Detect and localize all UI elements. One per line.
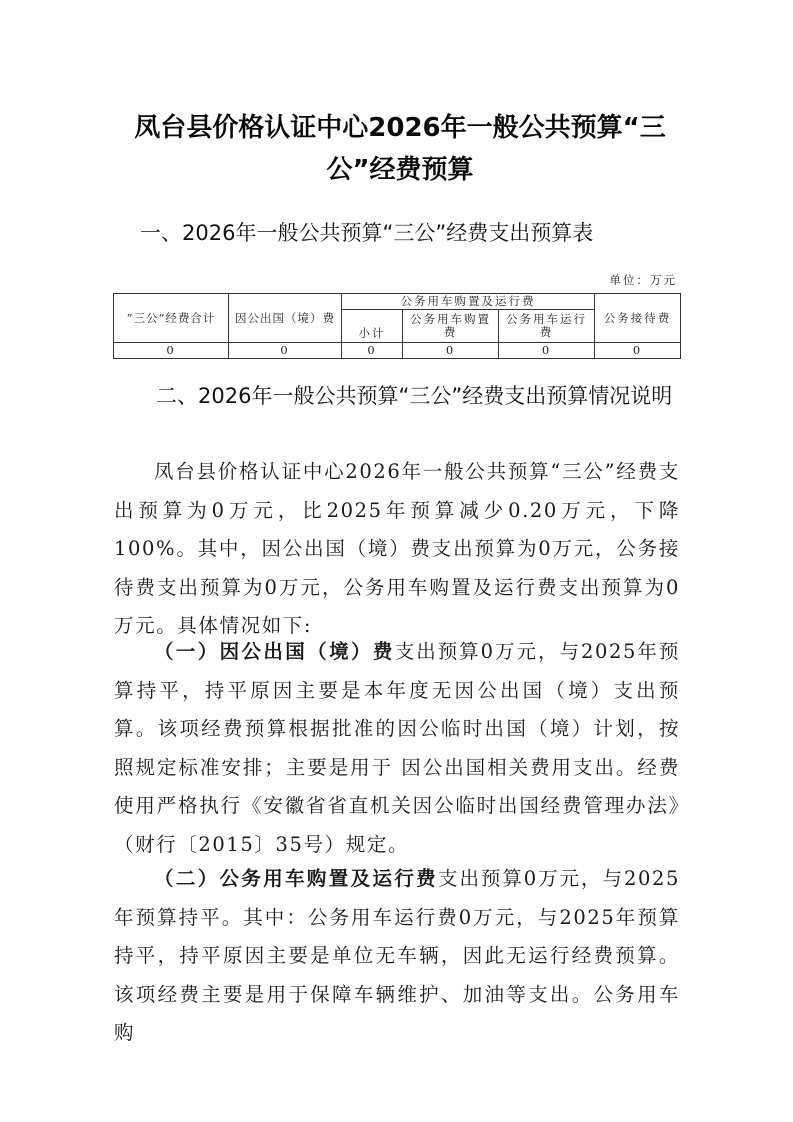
cell-vehicle-subtotal: 0 [342,343,403,359]
cell-abroad: 0 [229,343,342,359]
section1-heading: 一、2026年一般公共预算“三公”经费支出预算表 [140,218,700,248]
header-vehicle-purchase: 公务用车购置费 [403,310,499,343]
table-row: 0 0 0 0 0 0 [114,343,681,359]
paragraph-overview: 凤台县价格认证中心2026年一般公共预算“三公”经费支出预算为0万元，比2025… [114,453,680,646]
cell-reception: 0 [595,343,681,359]
header-vehicle-operation: 公务用车运行费 [499,310,595,343]
header-vehicle-subtotal: 小计 [342,310,403,343]
header-vehicle-group: 公务用车购置及运行费 [342,294,595,310]
cell-vehicle-operation: 0 [499,343,595,359]
header-reception: 公务接待费 [595,294,681,343]
paragraph-item1: （一）因公出国（境）费支出预算0万元，与2025年预算持平，持平原因主要是本年度… [114,633,680,864]
three-public-budget-table: ”三公“经费合计 因公出国（境）费 公务用车购置及运行费 公务接待费 小计 公务… [113,293,681,359]
item2-text: 支出预算0万元，与2025年预算持平。其中：公务用车运行费0万元，与2025年预… [114,867,680,1044]
header-abroad: 因公出国（境）费 [229,294,342,343]
paragraph-item2: （二）公务用车购置及运行费支出预算0万元，与2025年预算持平。其中：公务用车运… [114,860,680,1053]
table-header-row-1: ”三公“经费合计 因公出国（境）费 公务用车购置及运行费 公务接待费 [114,294,681,310]
item2-label: （二）公务用车购置及运行费 [154,867,438,890]
cell-vehicle-purchase: 0 [403,343,499,359]
document-title: 凤台县价格认证中心2026年一般公共预算“三公”经费预算 [100,107,700,191]
header-total: ”三公“经费合计 [114,294,229,343]
item1-label: （一）因公出国（境）费 [154,640,395,663]
item1-text: 支出预算0万元，与2025年预算持平，持平原因主要是本年度无因公出国（境）支出预… [114,640,680,856]
cell-total: 0 [114,343,229,359]
section2-heading: 二、2026年一般公共预算“三公”经费支出预算情况说明 [114,377,684,415]
unit-label: 单位：万元 [610,272,678,288]
